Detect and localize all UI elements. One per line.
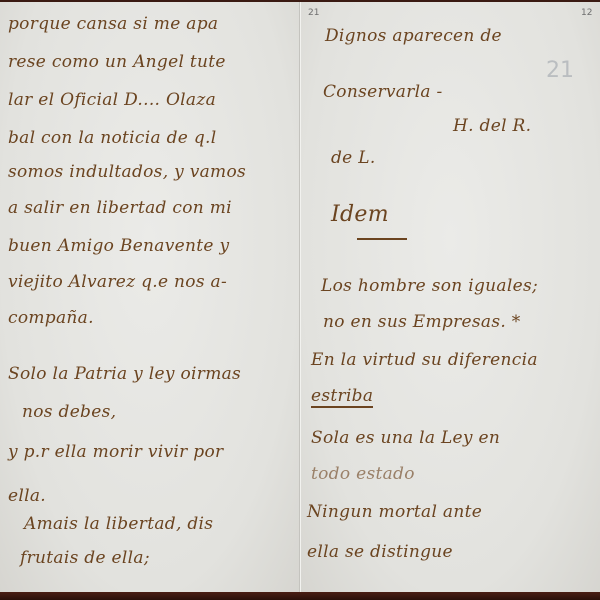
text-line: no en sus Empresas. * [323, 312, 521, 332]
text-line: rese como un Angel tute [8, 52, 226, 72]
text-line: ella. [8, 486, 46, 506]
text-line: todo estado [311, 464, 415, 484]
text-line: compaña. [8, 308, 94, 328]
right-page: 21 12 21 Dignos aparecen de Conservarla … [300, 2, 600, 594]
folio-number-left: 21 [308, 8, 319, 18]
underline [357, 238, 407, 240]
text-line: ella se distingue [307, 542, 453, 562]
text-line: Amais la libertad, dis [24, 514, 213, 534]
left-page: porque cansa si me apa rese como un Ange… [0, 2, 300, 594]
text-line: nos debes, [22, 402, 116, 422]
text-line: y p.r ella morir vivir por [8, 442, 223, 462]
folio-number-right: 12 [581, 8, 592, 18]
text-line: En la virtud su diferencia [311, 350, 538, 370]
text-line: somos indultados, y vamos [8, 162, 246, 182]
heading-idem: Idem [331, 202, 389, 227]
manuscript-spread: porque cansa si me apa rese como un Ange… [0, 2, 600, 594]
text-line: porque cansa si me apa [8, 14, 218, 34]
text-line: Ningun mortal ante [307, 502, 482, 522]
text-line: bal con la noticia de q.l [8, 128, 216, 148]
text-line: frutais de ella; [20, 548, 150, 568]
archive-stamp-number: 21 [546, 58, 574, 83]
text-line: a salir en libertad con mi [8, 198, 232, 218]
binding-edge [0, 592, 600, 600]
text-line: estriba [311, 386, 373, 408]
text-line: de L. [331, 148, 376, 168]
text-line: H. del R. [453, 116, 531, 136]
text-line: Solo la Patria y ley oirmas [8, 364, 241, 384]
text-line: Sola es una la Ley en [311, 428, 500, 448]
text-line: viejito Alvarez q.e nos a- [8, 272, 227, 292]
text-line: Dignos aparecen de [325, 26, 502, 46]
text-line: buen Amigo Benavente y [8, 236, 229, 256]
text-line: Conservarla - [323, 82, 443, 102]
text-line: lar el Oficial D.... Olaza [8, 90, 216, 110]
text-line: Los hombre son iguales; [321, 276, 538, 296]
